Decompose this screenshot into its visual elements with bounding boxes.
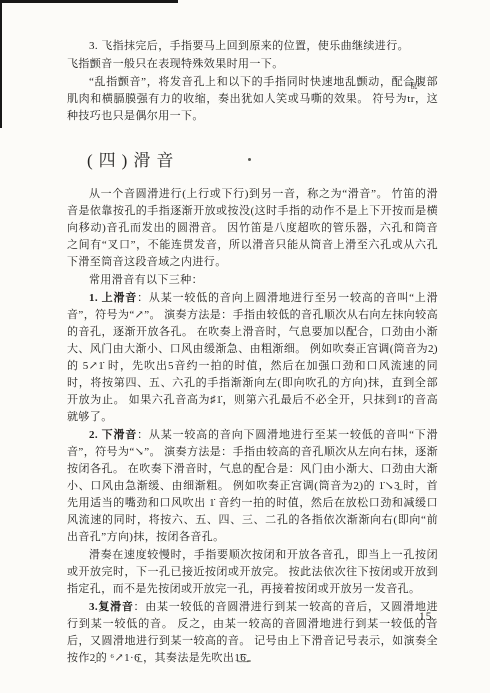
paragraph-three-kinds: 常用滑音有以下三种：	[67, 272, 438, 289]
xia-hua-yin-text: ：从某一较高的音向下圆滑地进行至某一较低的音叫“下滑音”，符号为“↘”。 演奏方…	[67, 429, 438, 543]
tr-annotation-luan: “乱”	[407, 83, 415, 90]
shang-hua-yin-lead: 1. 上滑音	[89, 292, 137, 304]
section-heading-hua-yin: (四)滑音	[87, 146, 438, 171]
paragraph-slow-glide: 滑奏在速度较慢时，手指要顺次按闭和开放各音孔，即当上一孔按闭或开放完时，下一孔已…	[67, 547, 438, 598]
paragraph-fly-finger-item-3: 3. 飞指抹完后，手指要马上回到原来的位置，使乐曲继续进行。	[67, 38, 438, 55]
paragraph-text-before-tr: “乱指颤音”，将发音孔上和以下的手指同时快速地乱颤动，配合腹部肌肉和横膈膜强有力…	[67, 76, 438, 105]
paragraph-luan-zhi-chan-yin: “乱指颤音”，将发音孔上和以下的手指同时快速地乱颤动，配合腹部肌肉和横膈膜强有力…	[67, 74, 438, 125]
paragraph-xia-hua-yin: 2. 下滑音：从某一较高的音向下圆滑地进行至某一较低的音叫“下滑音”，符号为“↘…	[67, 427, 438, 546]
text-block: 3. 飞指抹完后，手指要马上回到原来的位置，使乐曲继续进行。 飞指颤音一般只在表…	[67, 38, 438, 668]
xia-hua-yin-lead: 2. 下滑音	[89, 429, 137, 441]
paragraph-shang-hua-yin: 1. 上滑音：从某一较低的音向上圆滑地进行至另一较高的音叫“上滑音”，符号为“↗…	[67, 290, 438, 426]
paragraph-fu-hua-yin: 3.复滑音：由某一较低的音圆滑进行到某一较高的音后，又圆滑地进行到某一较低的音。…	[67, 599, 438, 667]
scanned-document-page: 3. 飞指抹完后，手指要马上回到原来的位置，使乐曲继续进行。 飞指颤音一般只在表…	[0, 0, 490, 693]
paragraph-fly-finger-usage: 飞指颤音一般只在表现特殊效果时用一下。	[67, 56, 438, 73]
shang-hua-yin-text: ：从某一较低的音向上圆滑地进行至另一较高的音叫“上滑音”，符号为“↗”。 演奏方…	[67, 292, 438, 423]
scan-artifact-left-edge	[0, 0, 2, 128]
fu-hua-yin-lead: 3.复滑音	[89, 601, 134, 613]
tr-symbol: tr	[407, 93, 415, 105]
paragraph-huayin-overview: 从一个音圆滑进行(上行或下行)到另一音，称之为“滑音”。 竹笛的滑音是依靠按孔的…	[67, 186, 438, 271]
page-number: 15	[419, 611, 433, 623]
scan-artifact-top-edge	[0, 0, 178, 3]
tr-symbol-with-annotation: “乱”tr	[407, 91, 415, 108]
